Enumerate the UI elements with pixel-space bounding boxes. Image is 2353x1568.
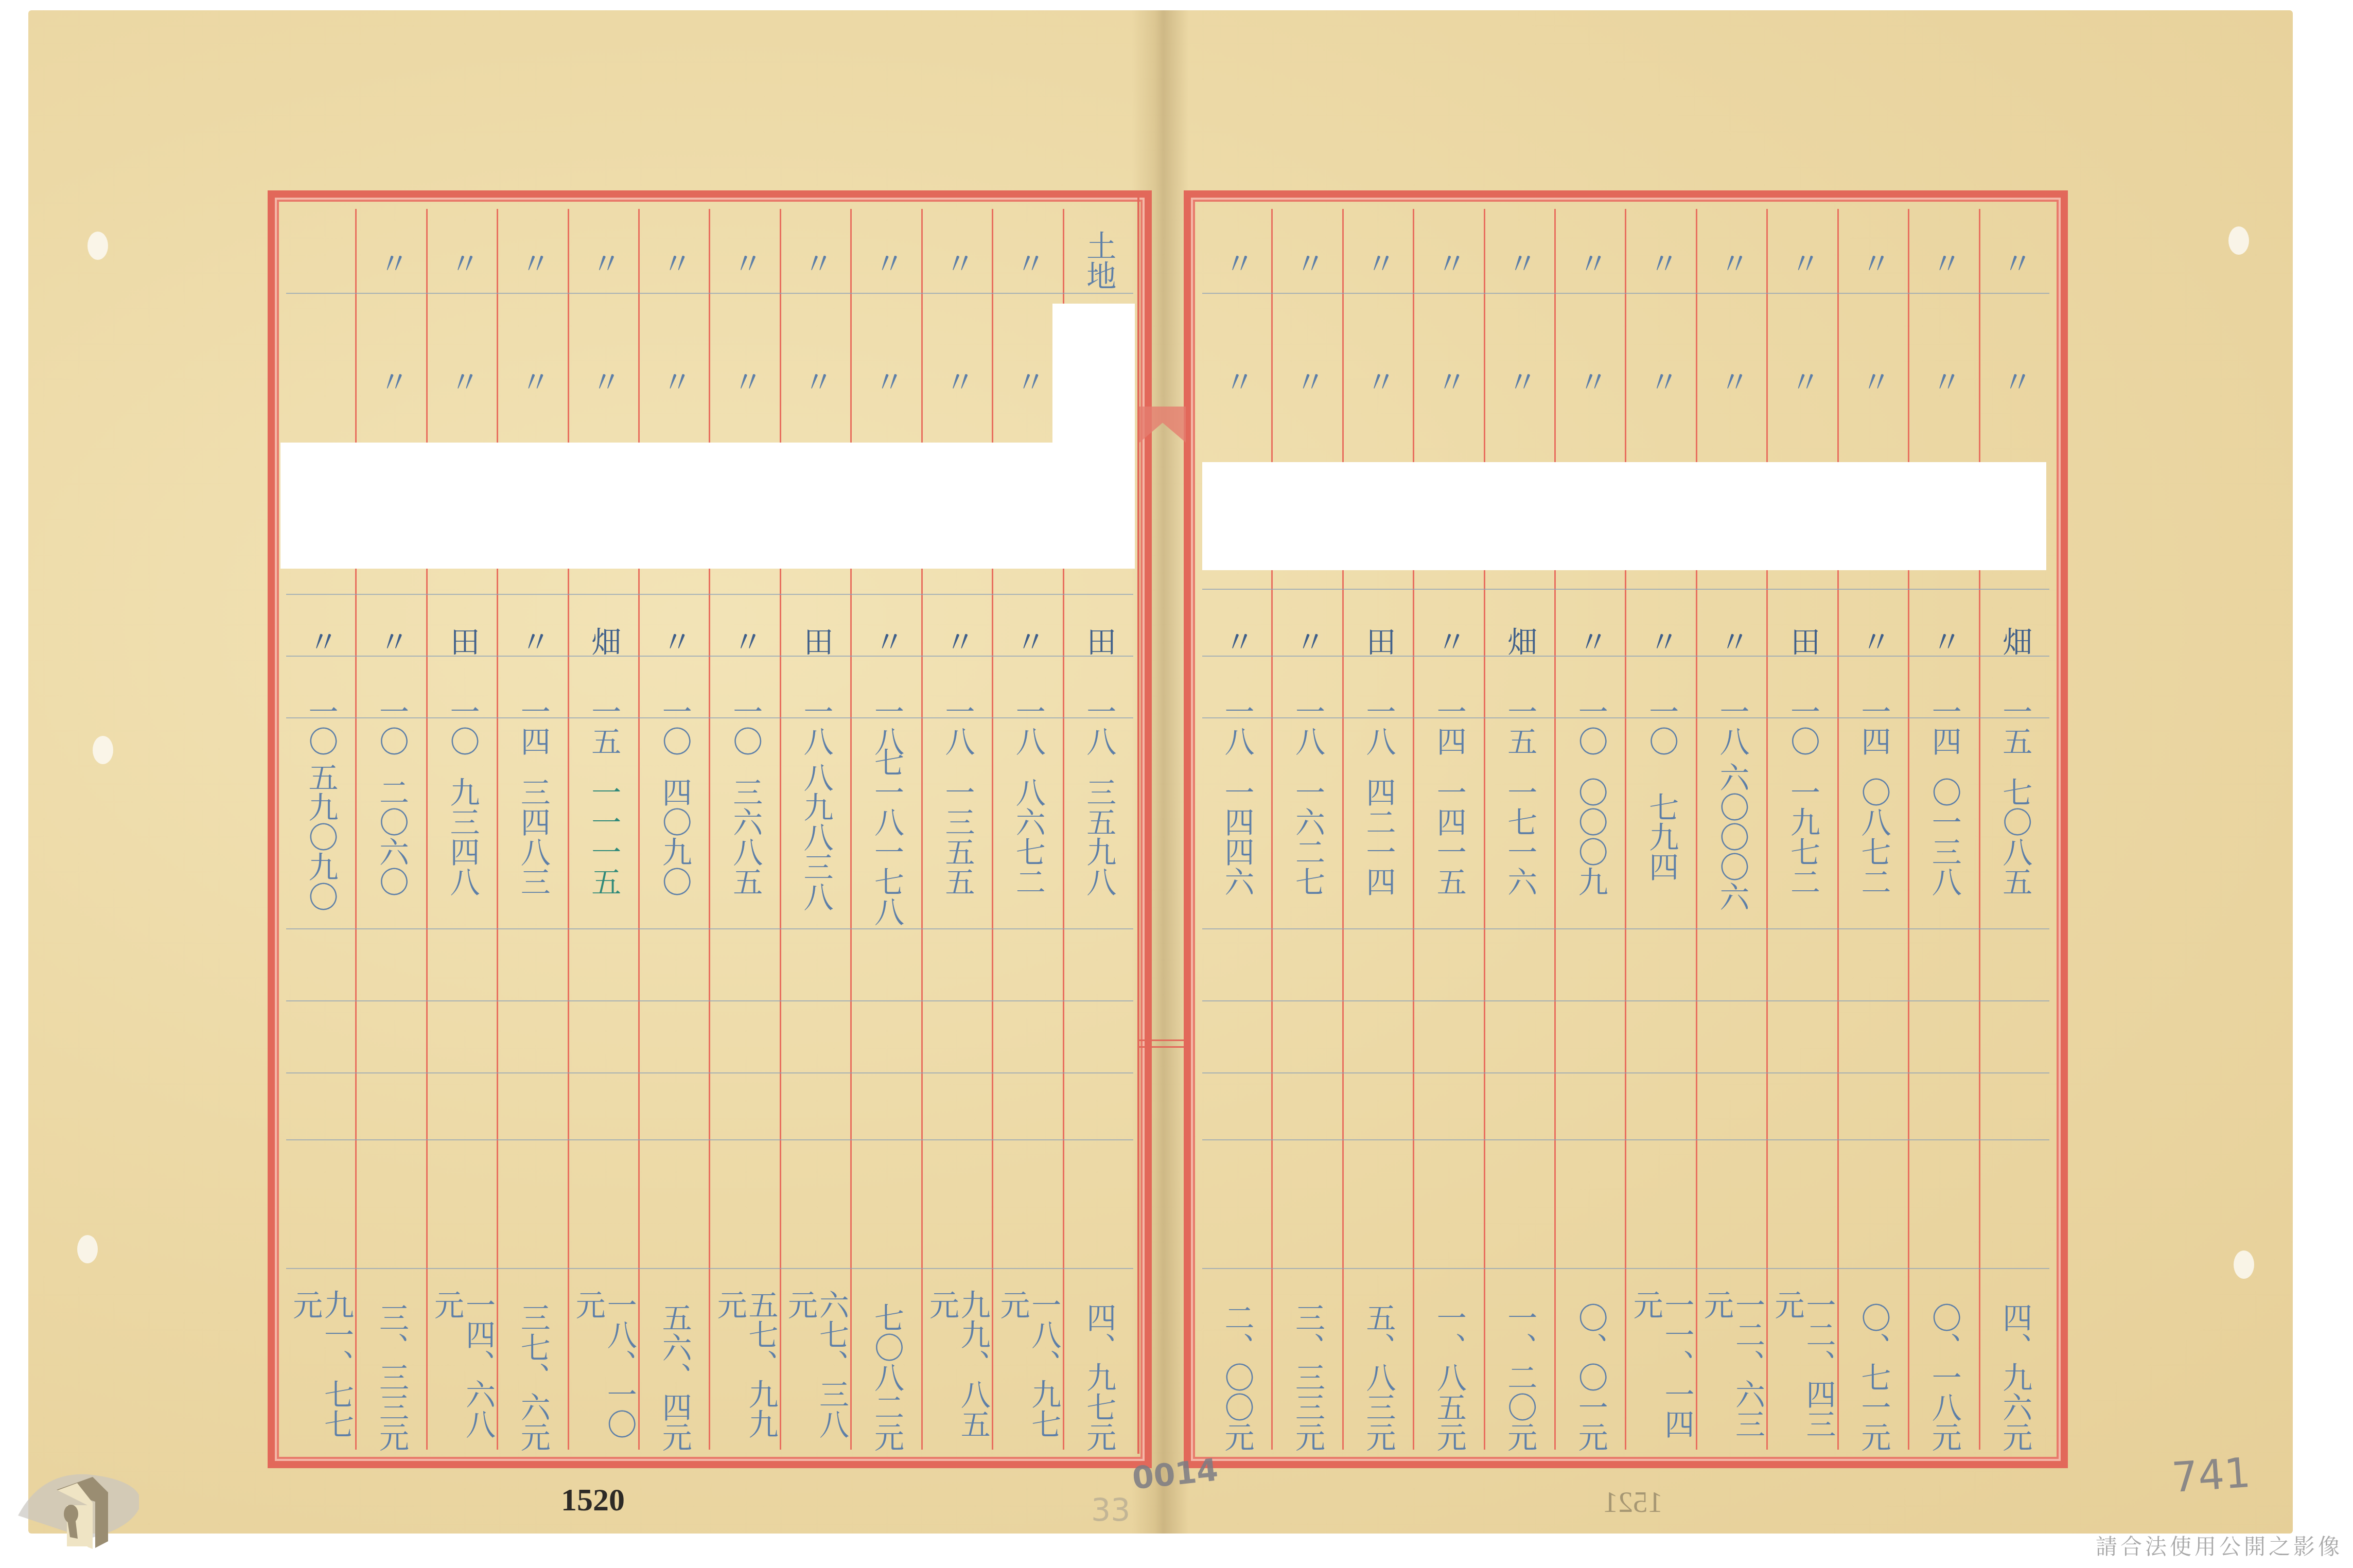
stamp-number: 1520 (561, 1482, 625, 1519)
land-area-cell: 二〇六〇 (357, 739, 426, 935)
rule-line (1202, 1000, 2049, 1001)
ditto-mark: 〃 (923, 343, 992, 420)
left-ledger-column: 〃一〇五九〇九〇九一、七七元 (286, 209, 355, 1450)
land-type-cell: 〃 (1414, 615, 1483, 667)
ditto-mark: 〃 (1273, 343, 1342, 420)
annual-tax-cell: 三、三三元 (1273, 1290, 1342, 1465)
land-type-cell: 〃 (1626, 615, 1695, 667)
usage-watermark: 請合法使用公開之影像 (2096, 1530, 2343, 1561)
annual-tax-cell: 一四、六八元 (428, 1290, 497, 1465)
ditto-mark: 〃 (710, 343, 779, 420)
land-type-cell: 田 (428, 615, 497, 667)
ditto-mark: 〃 (1273, 230, 1342, 296)
rule-line (286, 1268, 1133, 1269)
land-area-cell: 四〇九〇 (640, 739, 709, 935)
paper-damage-hole (77, 1235, 98, 1263)
ditto-mark: 〃 (1697, 230, 1766, 296)
rule-line (1202, 928, 2049, 929)
spine-chevron-mark (1139, 407, 1186, 443)
pencil-page-number: 741 (2170, 1449, 2252, 1502)
land-type-cell: 畑 (569, 615, 638, 667)
annual-tax-cell: 〇、七一元 (1839, 1290, 1908, 1465)
land-type-cell: 〃 (357, 615, 426, 667)
right-ledger-column: 〃〃〃一八一四四六二、〇〇元 (1202, 209, 1271, 1450)
ditto-mark: 〃 (993, 230, 1062, 296)
ditto-mark: 〃 (640, 343, 709, 420)
land-type-cell: 〃 (1202, 615, 1271, 667)
right-ledger-column: 〃〃畑一五七〇八五四、九六元 (1979, 209, 2049, 1450)
left-ledger-column: 〃〃〃一八八六七二一八、九七元 (992, 209, 1062, 1450)
rule-line (286, 717, 1133, 718)
ditto-mark: 〃 (1414, 230, 1483, 296)
annual-tax-cell: 五六、四元 (640, 1290, 709, 1465)
annual-tax-cell: 一八、一〇元 (569, 1290, 638, 1465)
right-ledger-column: 〃〃田一八四二一四五、八三元 (1342, 209, 1413, 1450)
spine-tick-mark (1139, 1040, 1186, 1048)
rule-line (286, 656, 1133, 657)
land-area-cell: 三五九八 (1064, 739, 1133, 935)
ditto-mark: 〃 (498, 230, 567, 296)
rule-line (1202, 1139, 2049, 1140)
land-area-cell: 八六七二 (993, 739, 1062, 935)
left-page-grid: 土地田一八三五九八四、九七元〃〃〃一八八六七二一八、九七元〃〃〃一八一三五五九九… (286, 209, 1133, 1450)
land-area-cell: 〇八七二 (1839, 739, 1908, 935)
ditto-mark: 〃 (923, 230, 992, 296)
paper-damage-hole (2228, 226, 2249, 255)
annual-tax-cell: 七〇八二元 (852, 1290, 921, 1465)
left-ledger-column: 〃〃田一八八九八三八六七、三八元 (780, 209, 850, 1450)
annual-tax-cell: 九九、八五元 (923, 1290, 992, 1465)
ditto-mark: 〃 (1626, 230, 1695, 296)
right-ledger-column: 〃〃田一〇一九七二一二、四三元 (1766, 209, 1837, 1450)
paper-damage-hole (2234, 1250, 2254, 1279)
left-ledger-column: 〃〃〃一四三四八三三七、六元 (497, 209, 567, 1450)
right-page-frame: 〃〃畑一五七〇八五四、九六元〃〃〃一四〇一三八〇、一八元〃〃〃一四〇八七二〇、七… (1184, 190, 2068, 1468)
ditto-mark: 〃 (1909, 343, 1978, 420)
ditto-mark: 〃 (1839, 230, 1908, 296)
ditto-mark: 〃 (781, 230, 850, 296)
land-area-cell: 〇〇〇九 (1556, 739, 1625, 935)
left-page-frame: 土地田一八三五九八四、九七元〃〃〃一八八六七二一八、九七元〃〃〃一八一三五五九九… (268, 190, 1152, 1468)
ditto-mark: 〃 (1202, 230, 1271, 296)
pencil-faint-number: 33 (1091, 1492, 1130, 1528)
ditto-mark: 〃 (1768, 230, 1837, 296)
land-type-cell: 〃 (1273, 615, 1342, 667)
land-area-cell: 一四四六 (1202, 739, 1271, 935)
left-ledger-column: 〃〃〃一八七一八一七八七〇八二元 (850, 209, 921, 1450)
left-ledger-column: 〃〃田一〇九三四八一四、六八元 (426, 209, 497, 1450)
rule-line (1202, 1268, 2049, 1269)
ditto-mark: 〃 (1202, 343, 1271, 420)
ditto-mark: 〃 (640, 230, 709, 296)
land-type-cell: 〃 (993, 615, 1062, 667)
paper-damage-hole (93, 736, 113, 764)
redaction-block (1202, 462, 2046, 570)
annual-tax-cell: 六七、三八元 (781, 1290, 850, 1465)
ditto-mark: 〃 (1980, 343, 2049, 420)
ditto-mark: 〃 (428, 343, 497, 420)
ditto-mark: 〃 (1344, 343, 1413, 420)
annual-tax-cell: 三、三三元 (357, 1290, 426, 1465)
land-area-cell: 三六八五 (710, 739, 779, 935)
land-type-cell: 〃 (923, 615, 992, 667)
land-area-cell: 一四一五 (1414, 739, 1483, 935)
annual-tax-cell: 五、八三元 (1344, 1290, 1413, 1465)
ditto-mark: 〃 (852, 343, 921, 420)
rule-line (1202, 717, 2049, 718)
annual-tax-cell: 一、八五元 (1414, 1290, 1483, 1465)
archive-book-keyhole-logo-icon (10, 1456, 139, 1559)
mirrored-stamp-number: 1521 (1603, 1485, 1663, 1519)
left-ledger-column: 〃〃〃一〇二〇六〇三、三三元 (355, 209, 426, 1450)
ditto-mark: 〃 (569, 230, 638, 296)
land-area-cell: 五九〇九〇 (286, 739, 355, 935)
right-ledger-column: 〃〃畑一五一七一六一、二〇元 (1484, 209, 1554, 1450)
land-area-cell: 七九四 (1626, 739, 1695, 935)
rule-line (286, 928, 1133, 929)
annual-tax-cell: 三七、六元 (498, 1290, 567, 1465)
annual-tax-cell: 一二、四三元 (1768, 1290, 1837, 1465)
ditto-mark: 〃 (1485, 343, 1554, 420)
land-area-cell: 七〇八五 (1980, 739, 2049, 935)
land-type-cell: 〃 (852, 615, 921, 667)
ditto-mark: 〃 (498, 343, 567, 420)
land-type-cell: 〃 (1839, 615, 1908, 667)
land-type-cell: 〃 (498, 615, 567, 667)
land-area-cell: 八九八三八 (781, 739, 850, 935)
header-label: 土地 (1064, 219, 1133, 302)
land-area-cell: 一六二七 (1273, 739, 1342, 935)
land-type-cell: 〃 (1556, 615, 1625, 667)
land-area-cell: 一一一五 (569, 739, 638, 935)
land-type-cell: 田 (1768, 615, 1837, 667)
rule-line (286, 293, 1133, 294)
ditto-mark: 〃 (357, 230, 426, 296)
right-ledger-column: 〃〃〃一四〇八七二〇、七一元 (1837, 209, 1908, 1450)
ditto-mark: 〃 (357, 343, 426, 420)
ditto-mark: 〃 (1626, 343, 1695, 420)
left-ledger-column: 〃〃〃一〇四〇九〇五六、四元 (638, 209, 709, 1450)
ditto-mark: 〃 (1980, 230, 2049, 296)
redaction-block (280, 443, 1135, 569)
annual-tax-cell: 〇、一八元 (1909, 1290, 1978, 1465)
right-ledger-column: 〃〃〃一四一四一五一、八五元 (1413, 209, 1483, 1450)
right-ledger-column: 〃〃〃一八一六二七三、三三元 (1271, 209, 1342, 1450)
ditto-mark: 〃 (781, 343, 850, 420)
rule-line (1202, 589, 2049, 590)
ditto-mark: 〃 (1344, 230, 1413, 296)
land-area-cell: 一三五五 (923, 739, 992, 935)
rule-line (286, 1139, 1133, 1140)
ditto-mark: 〃 (710, 230, 779, 296)
annual-tax-cell: 一、二〇元 (1485, 1290, 1554, 1465)
land-type-cell: 〃 (286, 615, 355, 667)
ditto-mark: 〃 (1414, 343, 1483, 420)
land-type-cell: 田 (1064, 615, 1133, 667)
ditto-mark: 〃 (569, 343, 638, 420)
annual-tax-cell: 四、九六元 (1980, 1290, 2049, 1465)
annual-tax-cell: 一一、一四元 (1626, 1290, 1695, 1465)
rule-line (1202, 1072, 2049, 1073)
ditto-mark: 〃 (1768, 343, 1837, 420)
right-page-grid: 〃〃畑一五七〇八五四、九六元〃〃〃一四〇一三八〇、一八元〃〃〃一四〇八七二〇、七… (1202, 209, 2049, 1450)
land-area-cell: 一七一六 (1485, 739, 1554, 935)
rule-line (1202, 656, 2049, 657)
land-area-cell: 九三四八 (428, 739, 497, 935)
rule-line (286, 1000, 1133, 1001)
land-type-cell: 〃 (640, 615, 709, 667)
right-ledger-column: 〃〃〃一四〇一三八〇、一八元 (1908, 209, 1978, 1450)
land-type-cell: 田 (781, 615, 850, 667)
annual-tax-cell: 四、九七元 (1064, 1290, 1133, 1465)
ditto-mark: 〃 (1485, 230, 1554, 296)
redaction-block (1052, 304, 1135, 443)
rule-line (1202, 293, 2049, 294)
annual-tax-cell: 五七、九九元 (710, 1290, 779, 1465)
annual-tax-cell: 九一、七七元 (286, 1290, 355, 1465)
land-type-cell: 〃 (1697, 615, 1766, 667)
binding-spine (1137, 190, 1188, 1454)
annual-tax-cell: 一二、六三元 (1697, 1290, 1766, 1465)
land-area-cell: 七一八一七八 (852, 739, 921, 935)
land-area-cell: 四二一四 (1344, 739, 1413, 935)
annual-tax-cell: 二、〇〇元 (1202, 1290, 1271, 1465)
annual-tax-cell: 一八、九七元 (993, 1290, 1062, 1465)
land-area-cell: 六〇〇〇六 (1697, 739, 1766, 935)
land-area-cell: 〇一三八 (1909, 739, 1978, 935)
land-type-cell: 田 (1344, 615, 1413, 667)
ditto-mark: 〃 (1556, 230, 1625, 296)
right-ledger-column: 〃〃〃一〇〇〇〇九〇、〇一元 (1554, 209, 1625, 1450)
paper-damage-hole (87, 232, 108, 260)
ditto-mark: 〃 (852, 230, 921, 296)
ditto-mark: 〃 (1697, 343, 1766, 420)
land-type-cell: 〃 (710, 615, 779, 667)
land-area-cell: 一九七二 (1768, 739, 1837, 935)
ditto-mark: 〃 (1839, 343, 1908, 420)
ditto-mark: 〃 (428, 230, 497, 296)
land-type-cell: 〃 (1909, 615, 1978, 667)
rule-line (286, 1072, 1133, 1073)
land-type-cell: 畑 (1980, 615, 2049, 667)
left-ledger-column: 〃〃〃一八一三五五九九、八五元 (921, 209, 992, 1450)
right-ledger-column: 〃〃〃一〇七九四一一、一四元 (1625, 209, 1695, 1450)
annual-tax-cell: 〇、〇一元 (1556, 1290, 1625, 1465)
ditto-mark: 〃 (1909, 230, 1978, 296)
right-ledger-column: 〃〃〃一八六〇〇〇六一二、六三元 (1696, 209, 1766, 1450)
left-ledger-column: 〃〃畑一五一一一五一八、一〇元 (568, 209, 638, 1450)
land-type-cell: 畑 (1485, 615, 1554, 667)
rule-line (286, 594, 1133, 595)
ditto-mark: 〃 (1556, 343, 1625, 420)
land-area-cell: 三四八三 (498, 739, 567, 935)
left-ledger-column: 〃〃〃一〇三六八五五七、九九元 (709, 209, 779, 1450)
